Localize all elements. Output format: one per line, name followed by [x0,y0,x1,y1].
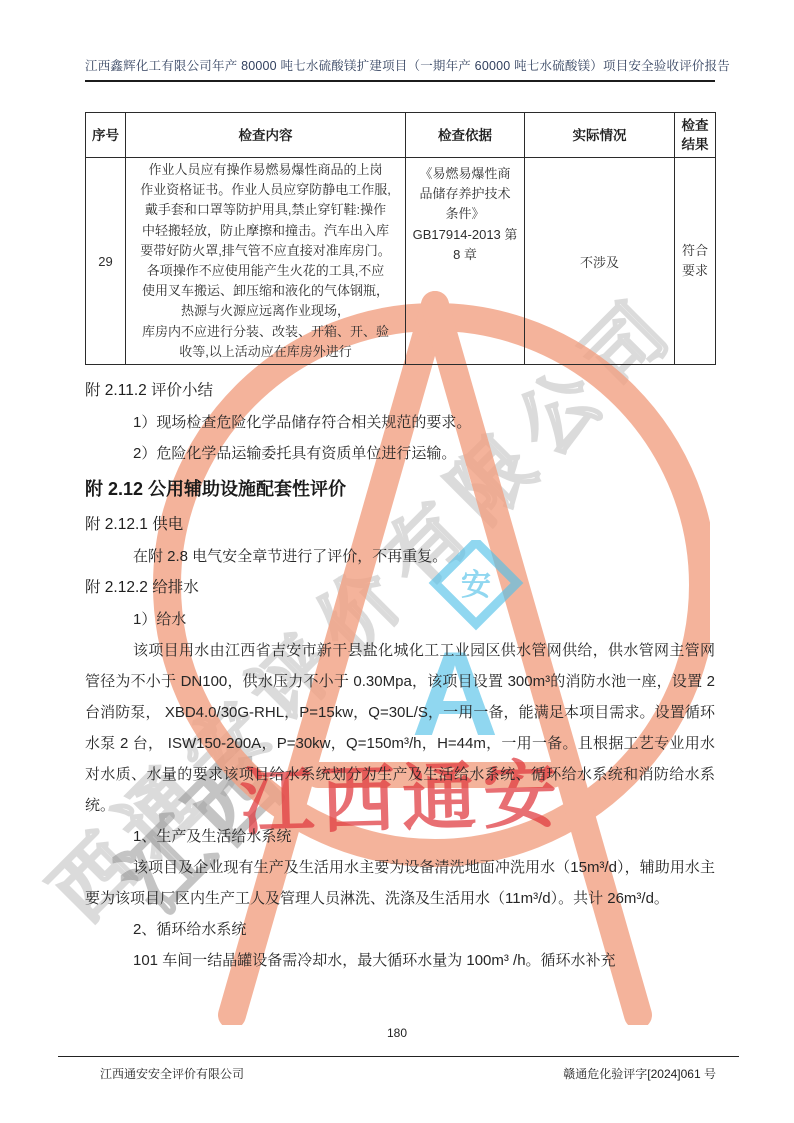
document-running-header: 江西鑫辉化工有限公司年产 80000 吨七水硫酸镁扩建项目（一期年产 60000… [85,56,715,82]
page-content: 江西鑫辉化工有限公司年产 80000 吨七水硫酸镁扩建项目（一期年产 60000… [85,56,715,976]
paragraph-circulating-water-detail: 101 车间一结晶罐设备需冷却水，最大循环水量为 100m³ /h。循环水补充 [85,945,715,976]
footer-company: 江西通安安全评价有限公司 [100,1065,244,1082]
cell-check-result: 符合 要求 [675,158,716,365]
paragraph-production-water-detail: 该项目及企业现有生产及生活用水主要为设备清洗地面冲洗用水（15m³/d），辅助用… [85,852,715,914]
cell-check-content: 作业人员应有操作易燃易爆性商品的上岗 作业资格证书。作业人员应穿防静电工作服, … [126,158,406,365]
column-header-result: 检查结果 [675,113,716,158]
table-row: 29 作业人员应有操作易燃易爆性商品的上岗 作业资格证书。作业人员应穿防静电工作… [86,158,716,365]
body-sections: 附 2.11.2 评价小结 1）现场检查危险化学品储存符合相关规范的要求。 2）… [85,375,715,976]
list-item-production-water: 1、生产及生活给水系统 [85,821,715,852]
column-header-content: 检查内容 [126,113,406,158]
list-item-2: 2）危险化学品运输委托具有资质单位进行运输。 [85,438,715,469]
section-heading-2-12-2: 附 2.12.2 给排水 [85,572,715,604]
list-item-water-supply: 1）给水 [85,604,715,635]
section-heading-2-12: 附 2.12 公用辅助设施配套性评价 [85,469,715,509]
section-heading-2-11-2: 附 2.11.2 评价小结 [85,375,715,407]
paragraph-power-supply: 在附 2.8 电气安全章节进行了评价，不再重复。 [85,541,715,572]
page-number: 180 [0,1026,794,1040]
column-header-basis: 检查依据 [406,113,525,158]
cell-check-basis: 《易燃易爆性商 品储存养护技术 条件》 GB17914-2013 第 8 章 [406,158,525,365]
cell-actual-situation: 不涉及 [525,158,675,365]
column-header-no: 序号 [86,113,126,158]
paragraph-water-supply-detail: 该项目用水由江西省吉安市新干县盐化城化工工业园区供水管网供给，供水管网主管网管径… [85,635,715,821]
checklist-table: 序号 检查内容 检查依据 实际情况 检查结果 29 作业人员应有操作易燃易爆性商… [85,112,716,365]
footer-doc-number: 赣通危化验评字[2024]061 号 [563,1065,716,1082]
list-item-circulating-water: 2、循环给水系统 [85,914,715,945]
section-heading-2-12-1: 附 2.12.1 供电 [85,509,715,541]
column-header-actual: 实际情况 [525,113,675,158]
cell-serial-no: 29 [86,158,126,365]
footer-rule [58,1056,739,1057]
document-page: 西通安评价有限公司 江西 安 A 江西通安 江西鑫辉化工有限公司年产 80000… [0,0,794,1123]
list-item-1: 1）现场检查危险化学品储存符合相关规范的要求。 [85,407,715,438]
table-header-row: 序号 检查内容 检查依据 实际情况 检查结果 [86,113,716,158]
